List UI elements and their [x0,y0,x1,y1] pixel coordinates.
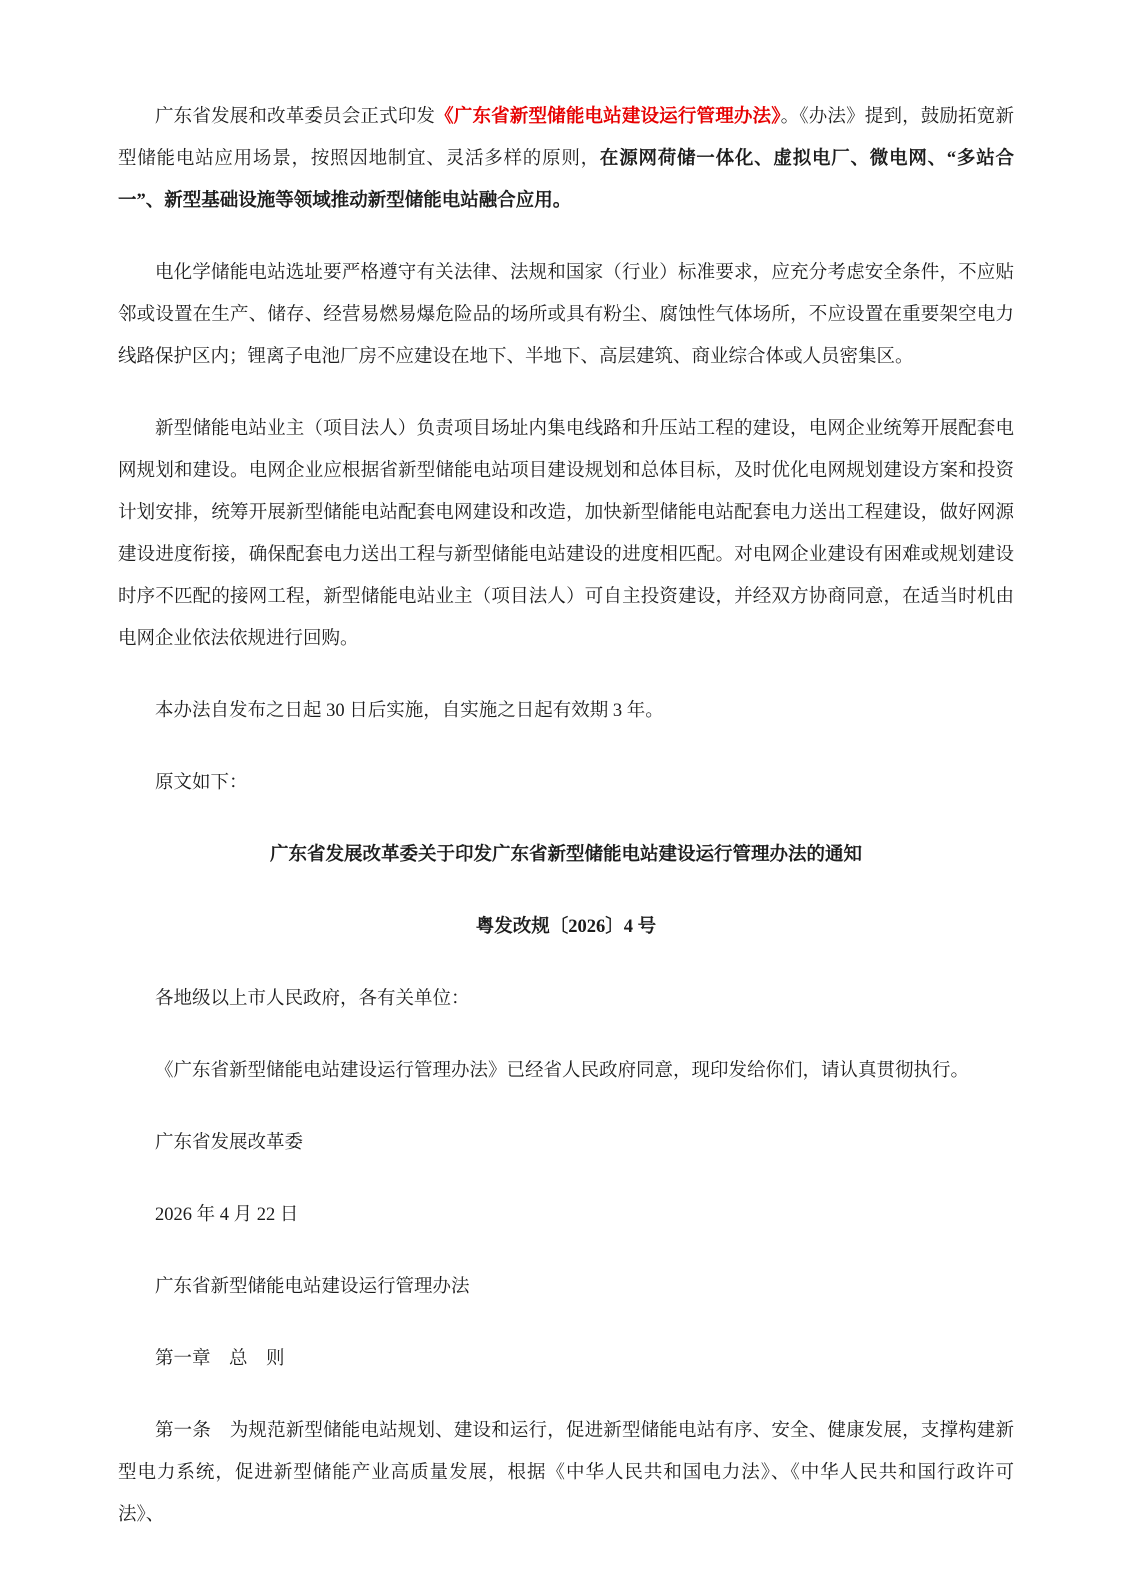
paragraph-grid-construction: 新型储能电站业主（项目法人）负责项目场址内集电线路和升压站工程的建设，电网企业统… [118,408,1014,660]
notice-approval-body: 《广东省新型储能电站建设运行管理办法》已经省人民政府同意，现印发给你们，请认真贯… [118,1050,1014,1092]
notice-addressees: 各地级以上市人民政府，各有关单位： [118,978,1014,1020]
regulation-title-red: 《广东省新型储能电站建设运行管理办法》 [435,107,781,127]
paragraph-effective-date: 本办法自发布之日起 30 日后实施，自实施之日起有效期 3 年。 [118,690,1014,732]
chapter-1-heading: 第一章 总 则 [118,1338,1014,1380]
document-page: 广东省发展和改革委员会正式印发《广东省新型储能电站建设运行管理办法》。《办法》提… [0,0,1122,1587]
paragraph-intro: 广东省发展和改革委员会正式印发《广东省新型储能电站建设运行管理办法》。《办法》提… [118,96,1014,222]
notice-doc-number: 粤发改规〔2026〕4 号 [118,906,1014,948]
notice-date: 2026 年 4 月 22 日 [118,1194,1014,1236]
notice-issuer: 广东省发展改革委 [118,1122,1014,1164]
regulation-name: 广东省新型储能电站建设运行管理办法 [118,1266,1014,1308]
intro-prefix: 广东省发展和改革委员会正式印发 [155,107,435,127]
paragraph-original-text-intro: 原文如下： [118,762,1014,804]
article-1-paragraph: 第一条 为规范新型储能电站规划、建设和运行，促进新型储能电站有序、安全、健康发展… [118,1410,1014,1536]
paragraph-siting-requirements: 电化学储能电站选址要严格遵守有关法律、法规和国家（行业）标准要求，应充分考虑安全… [118,252,1014,378]
notice-title: 广东省发展改革委关于印发广东省新型储能电站建设运行管理办法的通知 [118,834,1014,876]
